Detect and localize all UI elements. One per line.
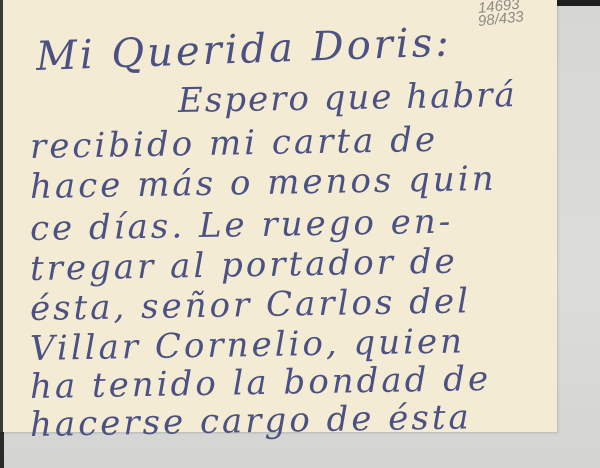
card-left-edge bbox=[0, 0, 3, 432]
letter-card: 14693 98/433 Mi Querida Doris: Espero qu… bbox=[0, 0, 557, 432]
letter-line: hacerse cargo de ésta bbox=[30, 400, 472, 442]
letter-line: Espero que habrá bbox=[178, 78, 517, 118]
scan-edge-top bbox=[557, 0, 600, 6]
salutation: Mi Querida Doris: bbox=[35, 25, 452, 73]
letter-line: tregar al portador de bbox=[30, 245, 458, 286]
letter-line: recibido mi carta de bbox=[30, 123, 439, 164]
scan-edge-bottom-left bbox=[0, 432, 4, 468]
letter-line: ésta, señor Carlos del bbox=[30, 284, 472, 326]
archive-number: 14693 98/433 bbox=[478, 2, 558, 28]
letter-line: ce días. Le ruego en- bbox=[30, 205, 454, 246]
letter-line: hace más o menos quin bbox=[30, 162, 497, 204]
